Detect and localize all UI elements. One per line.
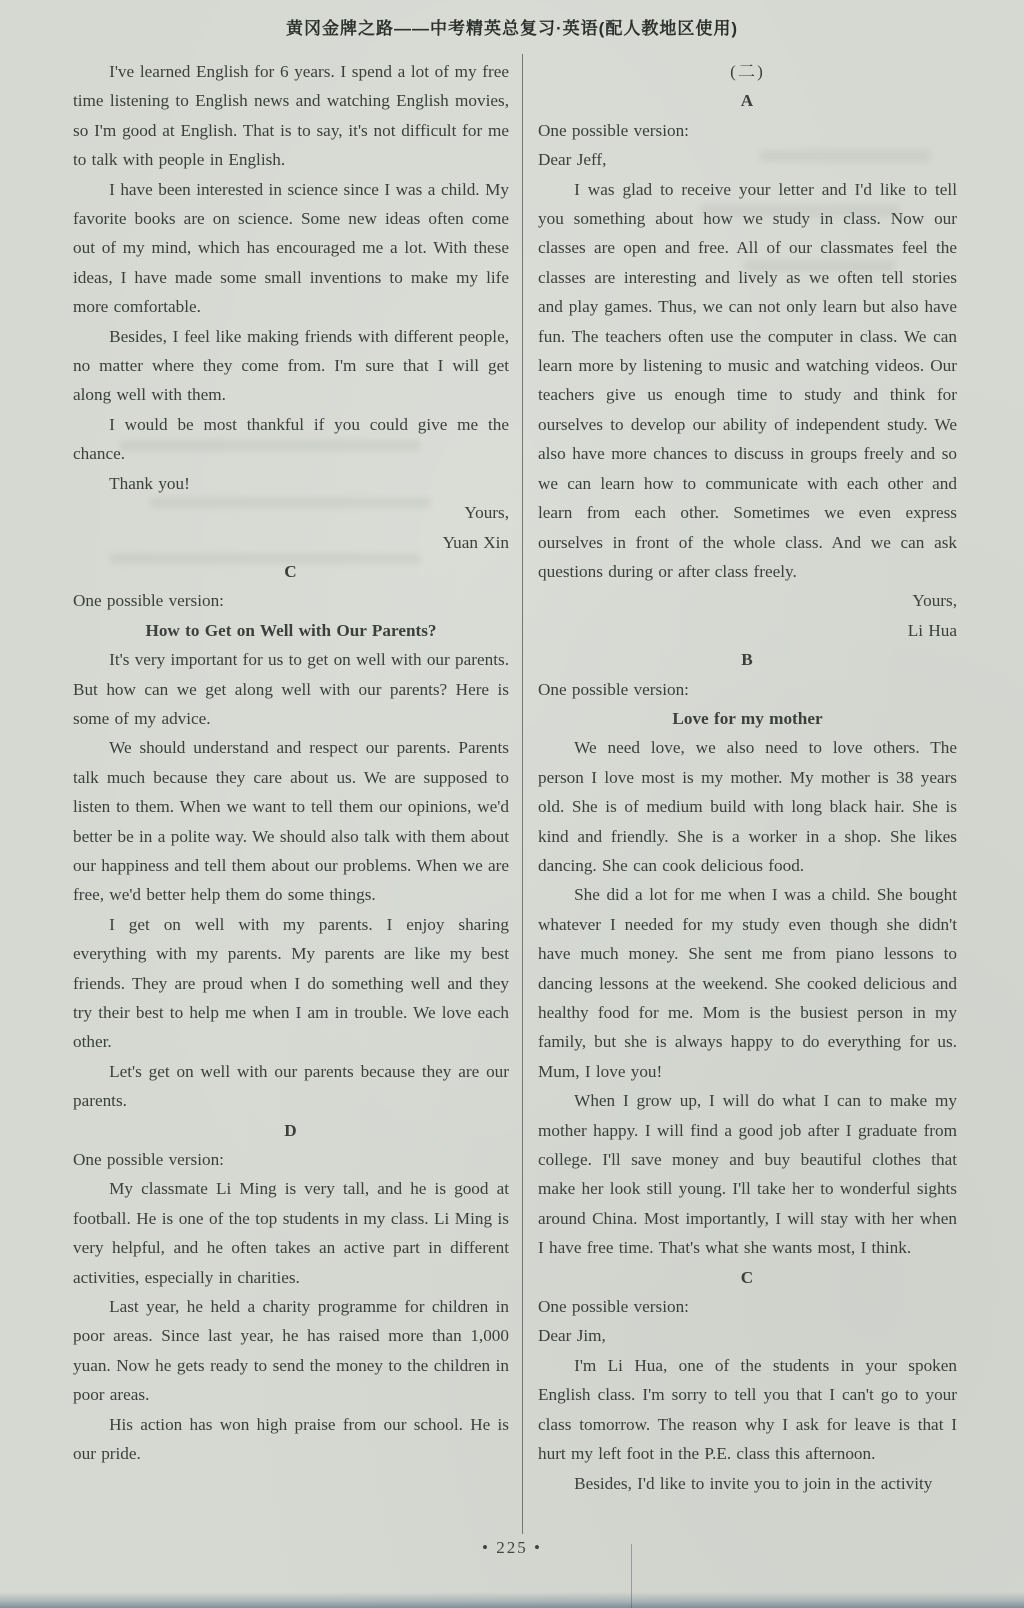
letter-signature: Yuan Xin xyxy=(73,528,509,557)
essay-title: Love for my mother xyxy=(538,704,957,733)
part-heading-two: (二) xyxy=(538,57,957,86)
letter-salutation: Dear Jeff, xyxy=(538,145,957,174)
right-column: (二) A One possible version: Dear Jeff, I… xyxy=(538,57,957,1498)
version-label: One possible version: xyxy=(538,675,957,704)
essay-paragraph: She did a lot for me when I was a child.… xyxy=(538,880,957,1086)
section-heading-d: D xyxy=(73,1116,509,1145)
page-header: 黄冈金牌之路——中考精英总复习·英语(配人教地区使用) xyxy=(0,14,1024,39)
section-heading-c: C xyxy=(73,557,509,586)
essay-paragraph: I'm Li Hua, one of the students in your … xyxy=(538,1351,957,1469)
scan-bottom-shadow xyxy=(0,1592,1024,1608)
section-heading-a: A xyxy=(538,86,957,115)
essay-paragraph: I get on well with my parents. I enjoy s… xyxy=(73,910,509,1057)
essay-paragraph: Thank you! xyxy=(73,469,509,498)
letter-signature: Li Hua xyxy=(538,616,957,645)
scanned-textbook-page: 黄冈金牌之路——中考精英总复习·英语(配人教地区使用) I've learned… xyxy=(0,0,1024,1608)
version-label: One possible version: xyxy=(73,586,509,615)
section-heading-c: C xyxy=(538,1263,957,1292)
essay-paragraph: I would be most thankful if you could gi… xyxy=(73,410,509,469)
letter-salutation: Dear Jim, xyxy=(538,1321,957,1350)
essay-paragraph: I was glad to receive your letter and I'… xyxy=(538,175,957,587)
essay-paragraph: Last year, he held a charity programme f… xyxy=(73,1292,509,1410)
essay-title: How to Get on Well with Our Parents? xyxy=(73,616,509,645)
letter-signoff: Yours, xyxy=(73,498,509,527)
essay-paragraph: I have been interested in science since … xyxy=(73,175,509,322)
essay-paragraph: When I grow up, I will do what I can to … xyxy=(538,1086,957,1262)
essay-paragraph: We need love, we also need to love other… xyxy=(538,733,957,880)
version-label: One possible version: xyxy=(73,1145,509,1174)
column-divider-line xyxy=(522,54,523,1534)
essay-paragraph: Besides, I'd like to invite you to join … xyxy=(538,1469,957,1498)
essay-paragraph: It's very important for us to get on wel… xyxy=(73,645,509,733)
section-heading-b: B xyxy=(538,645,957,674)
left-column: I've learned English for 6 years. I spen… xyxy=(73,57,509,1469)
page-number: • 225 • xyxy=(0,1538,1024,1558)
essay-paragraph: His action has won high praise from our … xyxy=(73,1410,509,1469)
essay-paragraph: We should understand and respect our par… xyxy=(73,733,509,909)
letter-signoff: Yours, xyxy=(538,586,957,615)
essay-paragraph: I've learned English for 6 years. I spen… xyxy=(73,57,509,175)
version-label: One possible version: xyxy=(538,116,957,145)
essay-paragraph: My classmate Li Ming is very tall, and h… xyxy=(73,1174,509,1292)
essay-paragraph: Besides, I feel like making friends with… xyxy=(73,322,509,410)
essay-paragraph: Let's get on well with our parents becau… xyxy=(73,1057,509,1116)
version-label: One possible version: xyxy=(538,1292,957,1321)
